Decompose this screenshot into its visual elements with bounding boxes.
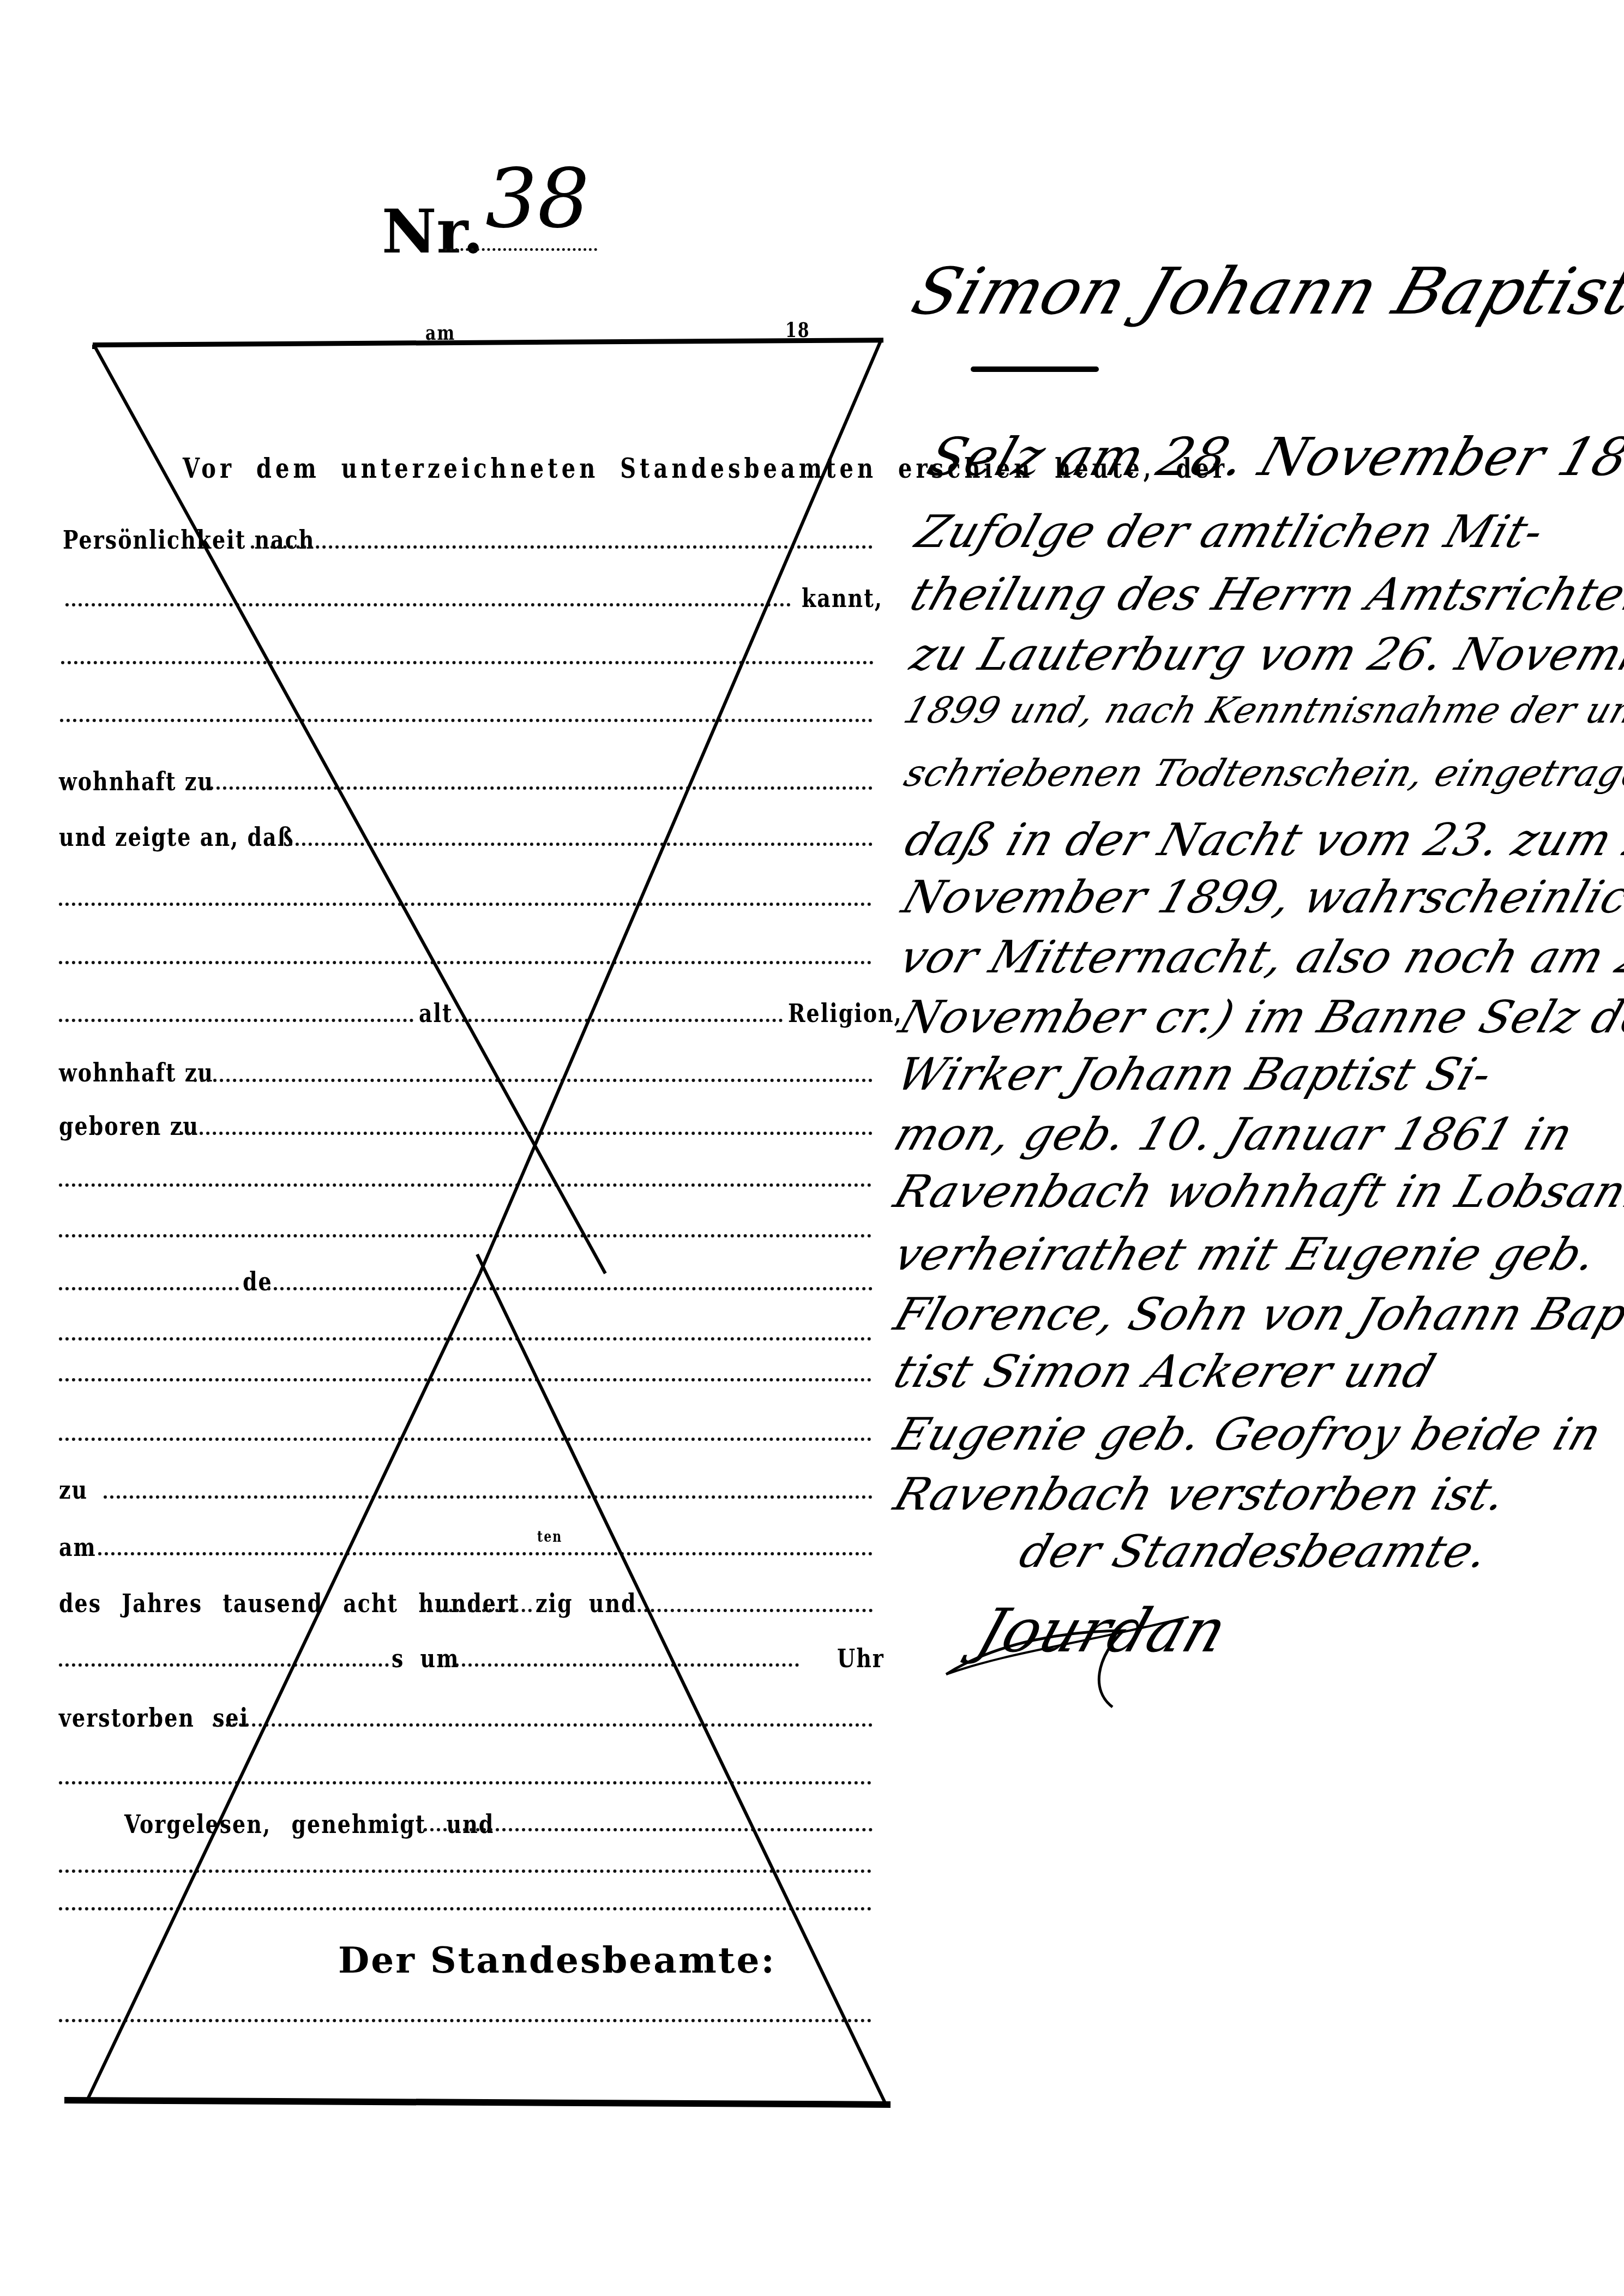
annotation-line: daß in der Nacht vom 23. zum 24. (900, 818, 1624, 863)
registrar-signature: Jourdan (971, 1601, 1234, 1661)
annotation-line: Ravenbach verstorben ist. (889, 1472, 1512, 1517)
annotation-line: Ravenbach wohnhaft in Lobsann, (889, 1170, 1624, 1215)
annotation-line: Wirker Johann Baptist Si- (892, 1053, 1497, 1097)
annotation-title-name: Simon Johann Baptist. (905, 259, 1624, 323)
annotation-title-underline (971, 366, 1099, 372)
annotation-line: theilung des Herrn Amtsrichters (905, 573, 1624, 617)
annotation-line: mon, geb. 10. Januar 1861 in (889, 1113, 1578, 1157)
annotation-line: Eugenie geb. Geofroy beide in (889, 1413, 1607, 1457)
annotation-line: Zufolge der amtlichen Mit- (911, 510, 1549, 555)
annotation-line: Florence, Sohn von Johann Bap- (889, 1293, 1624, 1337)
annotation-line: Selz am 28. November 1899 (922, 431, 1624, 483)
annotation-line: verheirathet mit Eugenie geb. (889, 1233, 1603, 1277)
annotation-line: 1899 und, nach Kenntnisnahme der unter- (900, 693, 1624, 729)
annotation-line: tist Simon Ackerer und (889, 1350, 1441, 1395)
annotation-closing: der Standesbeamte. (1014, 1530, 1494, 1574)
annotation-line: schriebenen Todtenschein, eingetragen, (900, 755, 1624, 792)
annotation-line: vor Mitternacht, also noch am 23. (894, 935, 1624, 980)
annotation-line: zu Lauterburg vom 26. November (905, 633, 1624, 677)
annotation-line: November 1899, wahrscheinlich schon (897, 875, 1624, 920)
annotation-line: November cr.) im Banne Selz der (894, 995, 1624, 1040)
